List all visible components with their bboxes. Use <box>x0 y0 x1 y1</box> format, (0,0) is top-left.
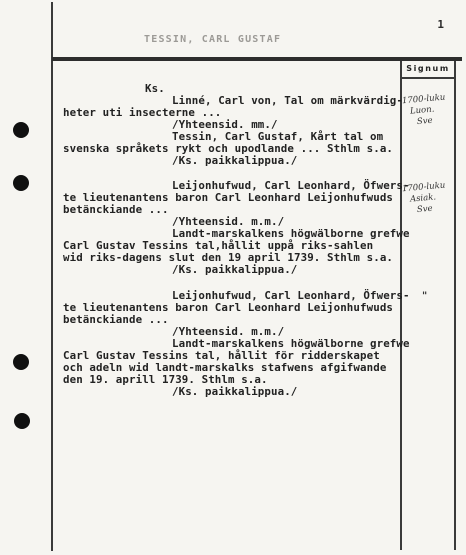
hole-punch-dot <box>13 354 29 370</box>
catalog-line: /Ks. paikkalippua./ <box>52 155 402 167</box>
signum-annotation-1: 1700-luku Luon. Sve <box>402 92 457 129</box>
catalog-line: /Ks. paikkalippua./ <box>52 264 402 276</box>
hole-punch-dot <box>13 122 29 138</box>
signum-header-underline <box>401 77 455 79</box>
signum-ditto-mark: " <box>422 291 427 302</box>
page-number: 1 <box>437 18 444 31</box>
catalog-line: /Ks. paikkalippua./ <box>52 386 402 398</box>
hole-punch-dot <box>13 175 29 191</box>
hole-punch-dot <box>14 413 30 429</box>
page-title: TESSIN, CARL GUSTAF <box>144 34 281 45</box>
catalog-page: 1 TESSIN, CARL GUSTAF Signum Ks. Linné, … <box>0 0 466 555</box>
catalog-entry-1: Ks. Linné, Carl von, Tal om märkvärdig- … <box>52 83 402 167</box>
catalog-text-column: Ks. Linné, Carl von, Tal om märkvärdig- … <box>52 83 402 398</box>
signum-column-right-border <box>454 61 456 550</box>
signum-column-header: Signum <box>401 64 455 73</box>
catalog-entry-3: Leijonhufwud, Carl Leonhard, Öfwers- te … <box>52 290 402 398</box>
catalog-entry-2: Leijonhufwud, Carl Leonhard, Öfwers- te … <box>52 180 402 276</box>
signum-annotation-2: 1700-luku Asiak. Sve <box>402 180 457 217</box>
